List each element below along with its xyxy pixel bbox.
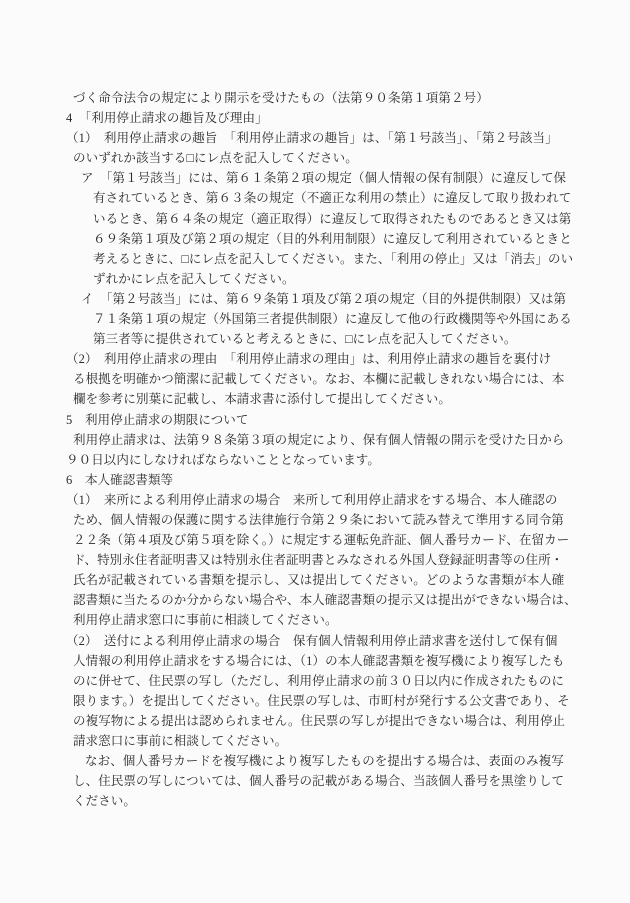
text-line: 人情報の利用停止請求をする場合には、（1）の本人確認書類を複写機により複写したも [73, 651, 590, 671]
text-line: （1） 利用停止請求の趣旨 「利用停止請求の趣旨」は、「第１号該当」、「第２号該… [66, 128, 590, 148]
text-line: 4 「利用停止請求の趣旨及び理由」 [66, 108, 590, 128]
text-line: のに併せて、住民票の写し（ただし、利用停止請求の前３０日以内に作成されたものに [73, 671, 590, 691]
document-page: づく命令法令の規定により開示を受けたもの（法第９０条第１項第２号）4 「利用停止… [0, 0, 630, 903]
text-line: ずれかにレ点を記入してください。 [93, 269, 590, 289]
text-line: 6 本人確認書類等 [66, 470, 590, 490]
text-line: 利用停止請求窓口に事前に相談してください。 [73, 610, 590, 630]
text-line: （2） 送付による利用停止請求の場合 保有個人情報利用停止請求書を送付して保有個 [66, 631, 590, 651]
text-line: イ 「第２号該当」には、第６９条第１項及び第２項の規定（目的外提供制限）又は第 [81, 289, 590, 309]
text-line: 5 利用停止請求の期限について [66, 410, 590, 430]
text-line: 考えるときに、□にレ点を記入してください。また、「利用の停止」又は「消去」のい [93, 249, 590, 269]
text-line: る根拠を明確かつ簡潔に記載してください。なお、本欄に記載しきれない場合には、本 [73, 369, 590, 389]
text-line: なお、個人番号カードを複写機により複写したものを提出する場合は、表面のみ複写 [85, 751, 590, 771]
text-line: 請求窓口に事前に相談してください。 [73, 731, 590, 751]
text-line: 氏名が記載されている書類を提示し、又は提出してください。どのような書類が本人確 [73, 570, 590, 590]
text-line: 認書類に当たるのか分からない場合や、本人確認書類の提示又は提出ができない場合は、 [73, 590, 590, 610]
text-line: （1） 来所による利用停止請求の場合 来所して利用停止請求をする場合、本人確認の [66, 490, 590, 510]
text-line: し、住民票の写しについては、個人番号の記載がある場合、当該個人番号を黒塗りして [73, 771, 590, 791]
text-line: ください。 [73, 791, 590, 811]
text-line: ６９条第１項及び第２項の規定（目的外利用制限）に違反して利用されているときと [93, 229, 590, 249]
text-line: ため、個人情報の保護に関する法律施行令第２９条において読み替えて準用する同令第 [73, 510, 590, 530]
document-lines: づく命令法令の規定により開示を受けたもの（法第９０条第１項第２号）4 「利用停止… [66, 88, 590, 811]
text-line: 第三者等に提供されていると考えるときに、□にレ点を記入してください。 [93, 329, 590, 349]
text-line: （2） 利用停止請求の理由 「利用停止請求の理由」は、利用停止請求の趣旨を裏付け [66, 349, 590, 369]
text-line: のいずれか該当する□にレ点を記入してください。 [73, 148, 590, 168]
text-line: ２２条（第４項及び第５項を除く。）に規定する運転免許証、個人番号カード、在留カー [73, 530, 590, 550]
text-line: づく命令法令の規定により開示を受けたもの（法第９０条第１項第２号） [73, 88, 590, 108]
text-line: ア 「第１号該当」には、第６１条第２項の規定（個人情報の保有制限）に違反して保 [81, 168, 590, 188]
text-line: 欄を参考に別葉に記載し、本請求書に添付して提出してください。 [73, 389, 590, 409]
text-line: 有されているとき、第６３条の規定（不適正な利用の禁止）に違反して取り扱われて [93, 188, 590, 208]
text-line: の複写物による提出は認められません。住民票の写しが提出できない場合は、利用停止 [73, 711, 590, 731]
text-line: ド、特別永住者証明書又は特別永住者証明書とみなされる外国人登録証明書等の住所・ [73, 550, 590, 570]
text-line: いるとき、第６４条の規定（適正取得）に違反して取得されたものであるとき又は第 [93, 209, 590, 229]
text-line: 利用停止請求は、法第９８条第３項の規定により、保有個人情報の開示を受けた日から [73, 430, 590, 450]
text-line: 限ります。）を提出してください。住民票の写しは、市町村が発行する公文書であり、そ [73, 691, 590, 711]
text-line: ７１条第１項の規定（外国第三者提供制限）に違反して他の行政機関等や外国にある [93, 309, 590, 329]
text-line: ９０日以内にしなければならないこととなっています。 [66, 450, 590, 470]
